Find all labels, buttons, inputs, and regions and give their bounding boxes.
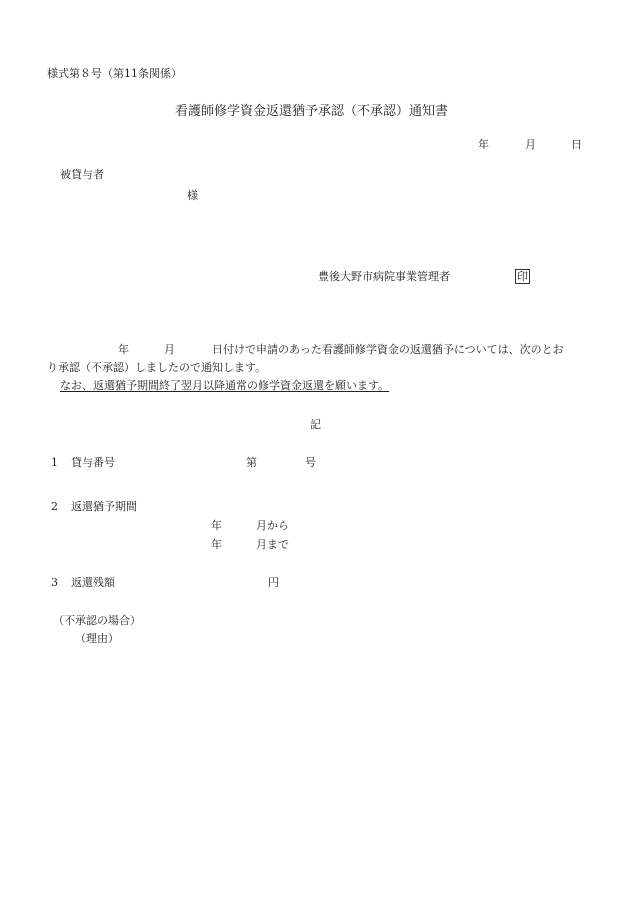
item-1-label: 貸与番号 xyxy=(71,456,115,470)
body-month-label: 月 xyxy=(164,343,175,357)
item-1-prefix: 第 xyxy=(246,456,257,470)
date-month-label: 月 xyxy=(525,138,536,152)
body-line-1: 日付けで申請のあった看護師修学資金の返還猶予については、次のとお xyxy=(212,343,564,357)
body-line-2: り承認（不承認）しましたので通知します。 xyxy=(47,361,266,375)
recipient-honorific: 様 xyxy=(187,189,198,203)
ki-heading: 記 xyxy=(310,418,321,432)
item-3-unit: 円 xyxy=(268,576,279,590)
document-title: 看護師修学資金返還猶予承認（不承認）通知書 xyxy=(175,104,448,120)
issuer-seal: 印 xyxy=(515,269,530,284)
item-3-label: 返還残額 xyxy=(71,576,115,590)
item-2-label: 返還猶予期間 xyxy=(71,500,137,514)
item-2-to-month: 月まで xyxy=(256,538,289,552)
item-2-to-year: 年 xyxy=(211,538,222,552)
item-2-number: 2 xyxy=(51,500,58,514)
rejection-reason-label: （理由） xyxy=(75,632,119,646)
issuer-name: 豊後大野市病院事業管理者 xyxy=(318,270,450,284)
body-note: なお、返還猶予期間終了翌月以降通常の修学資金返還を願います。 xyxy=(60,379,389,393)
item-2-from-month: 月から xyxy=(256,519,289,533)
form-reference: 様式第８号（第11条関係） xyxy=(47,67,182,81)
date-day-label: 日 xyxy=(571,138,582,152)
item-3-number: 3 xyxy=(51,576,58,590)
item-2-from-year: 年 xyxy=(211,519,222,533)
rejection-heading: （不承認の場合） xyxy=(53,614,141,628)
item-1-number: 1 xyxy=(51,456,58,470)
recipient-label: 被貸与者 xyxy=(60,168,104,182)
item-1-suffix: 号 xyxy=(305,456,316,470)
date-year-label: 年 xyxy=(478,138,489,152)
body-year-label: 年 xyxy=(118,343,129,357)
seal-box: 印 xyxy=(515,269,530,284)
